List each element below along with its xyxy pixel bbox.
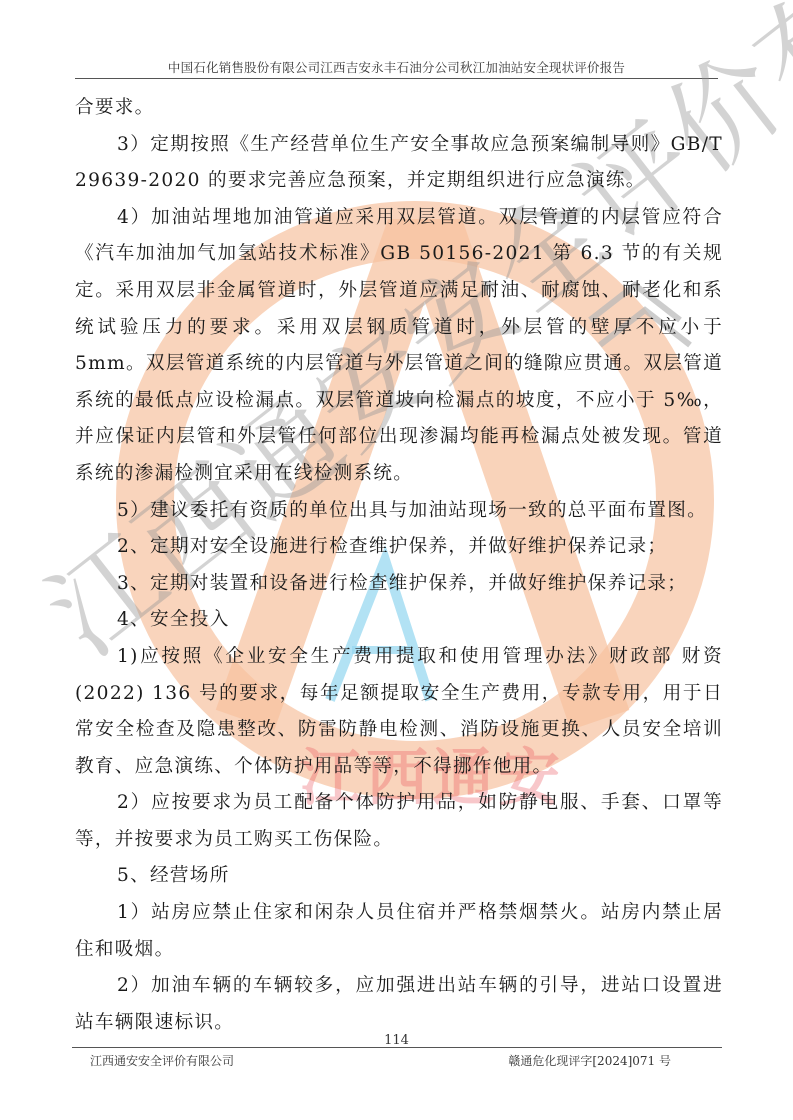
header-divider (75, 78, 718, 79)
paragraph: 2）加油车辆的车辆较多，应加强进出站车辆的引导，进站口设置进站车辆限速标识。 (75, 968, 723, 1041)
paragraph: 3）定期按照《生产经营单位生产安全事故应急预案编制导则》GB/T 29639-2… (75, 127, 723, 200)
footer-divider (72, 1047, 722, 1048)
section-heading: 5、经营场所 (75, 858, 723, 895)
document-body: 合要求。 3）定期按照《生产经营单位生产安全事故应急预案编制导则》GB/T 29… (75, 90, 723, 1041)
paragraph: 4）加油站埋地加油管道应采用双层管道。双层管道的内层管应符合《汽车加油加气加氢站… (75, 200, 723, 493)
page-header-title: 中国石化销售股份有限公司江西吉安永丰石油分公司秋江加油站安全现状评价报告 (75, 58, 718, 76)
paragraph: 合要求。 (75, 90, 723, 127)
paragraph: 2）应按要求为员工配备个体防护用品，如防静电服、手套、口罩等等，并按要求为员工购… (75, 785, 723, 858)
paragraph: 2、定期对安全设施进行检查维护保养，并做好维护保养记录； (75, 529, 723, 566)
paragraph: 1)应按照《企业安全生产费用提取和使用管理办法》财政部 财资(2022) 136… (75, 639, 723, 785)
paragraph: 1）站房应禁止住家和闲杂人员住宿并严格禁烟禁火。站房内禁止居住和吸烟。 (75, 895, 723, 968)
footer-company: 江西通安安全评价有限公司 (90, 1052, 234, 1069)
paragraph: 5）建议委托有资质的单位出具与加油站现场一致的总平面布置图。 (75, 493, 723, 530)
footer-report-number: 赣通危化现评字[2024]071 号 (508, 1052, 671, 1069)
paragraph: 3、定期对装置和设备进行检查维护保养，并做好维护保养记录； (75, 566, 723, 603)
section-heading: 4、安全投入 (75, 602, 723, 639)
